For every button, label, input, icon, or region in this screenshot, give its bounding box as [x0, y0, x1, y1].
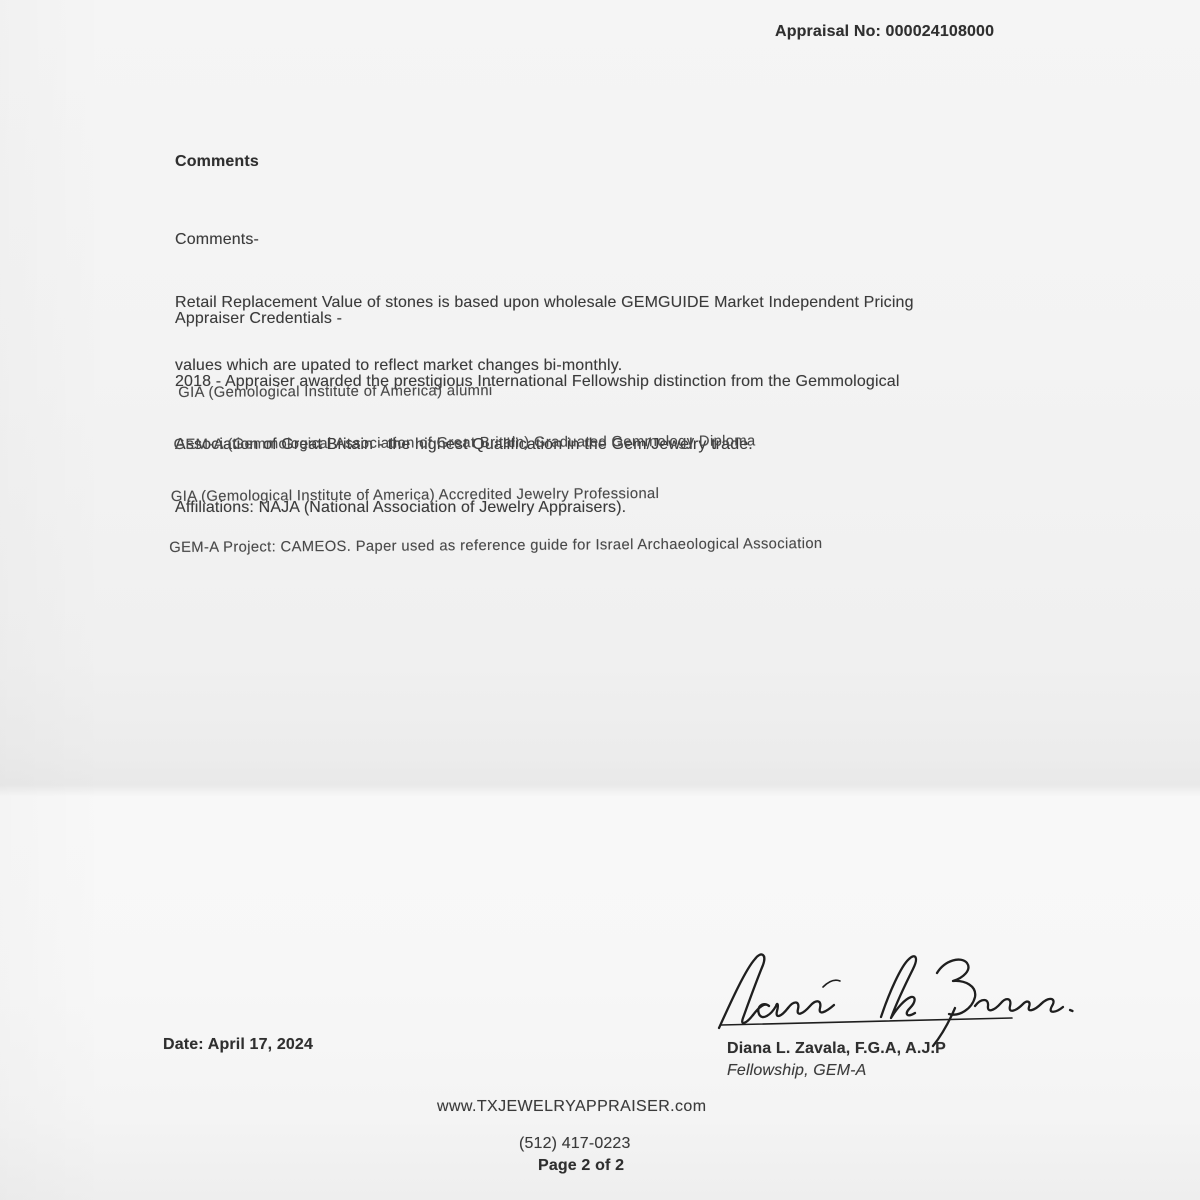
credential-detail-line: GEM-A (Gemmological Association of Great…	[174, 433, 822, 454]
appraiser-title: Fellowship, GEM-A	[727, 1060, 866, 1081]
website-url: www.TXJEWELRYAPPRAISER.com	[437, 1096, 706, 1117]
credential-details-list: GIA (Gemological Institute of America) a…	[168, 347, 823, 592]
appraiser-name: Diana L. Zavala, F.G.A, A.J.P	[727, 1038, 946, 1059]
credential-detail-line: GEM-A Project: CAMEOS. Paper used as ref…	[169, 536, 822, 557]
credential-detail-line: GIA (Gemological Institute of America) A…	[171, 485, 822, 506]
page-number: Page 2 of 2	[538, 1155, 624, 1176]
credential-detail-line: GIA (Gemological Institute of America) a…	[178, 381, 821, 402]
comments-heading: Comments	[175, 151, 259, 172]
scanned-appraisal-page: Appraisal No: 000024108000 Comments Comm…	[0, 0, 1200, 1200]
date-label: Date: April 17, 2024	[163, 1034, 313, 1055]
comments-intro-line: Comments-	[175, 229, 914, 250]
appraisal-number: Appraisal No: 000024108000	[775, 21, 994, 42]
phone-number: (512) 417-0223	[519, 1133, 631, 1154]
credentials-line: Appraiser Credentials -	[175, 308, 900, 329]
handwritten-signature	[703, 946, 1087, 1050]
